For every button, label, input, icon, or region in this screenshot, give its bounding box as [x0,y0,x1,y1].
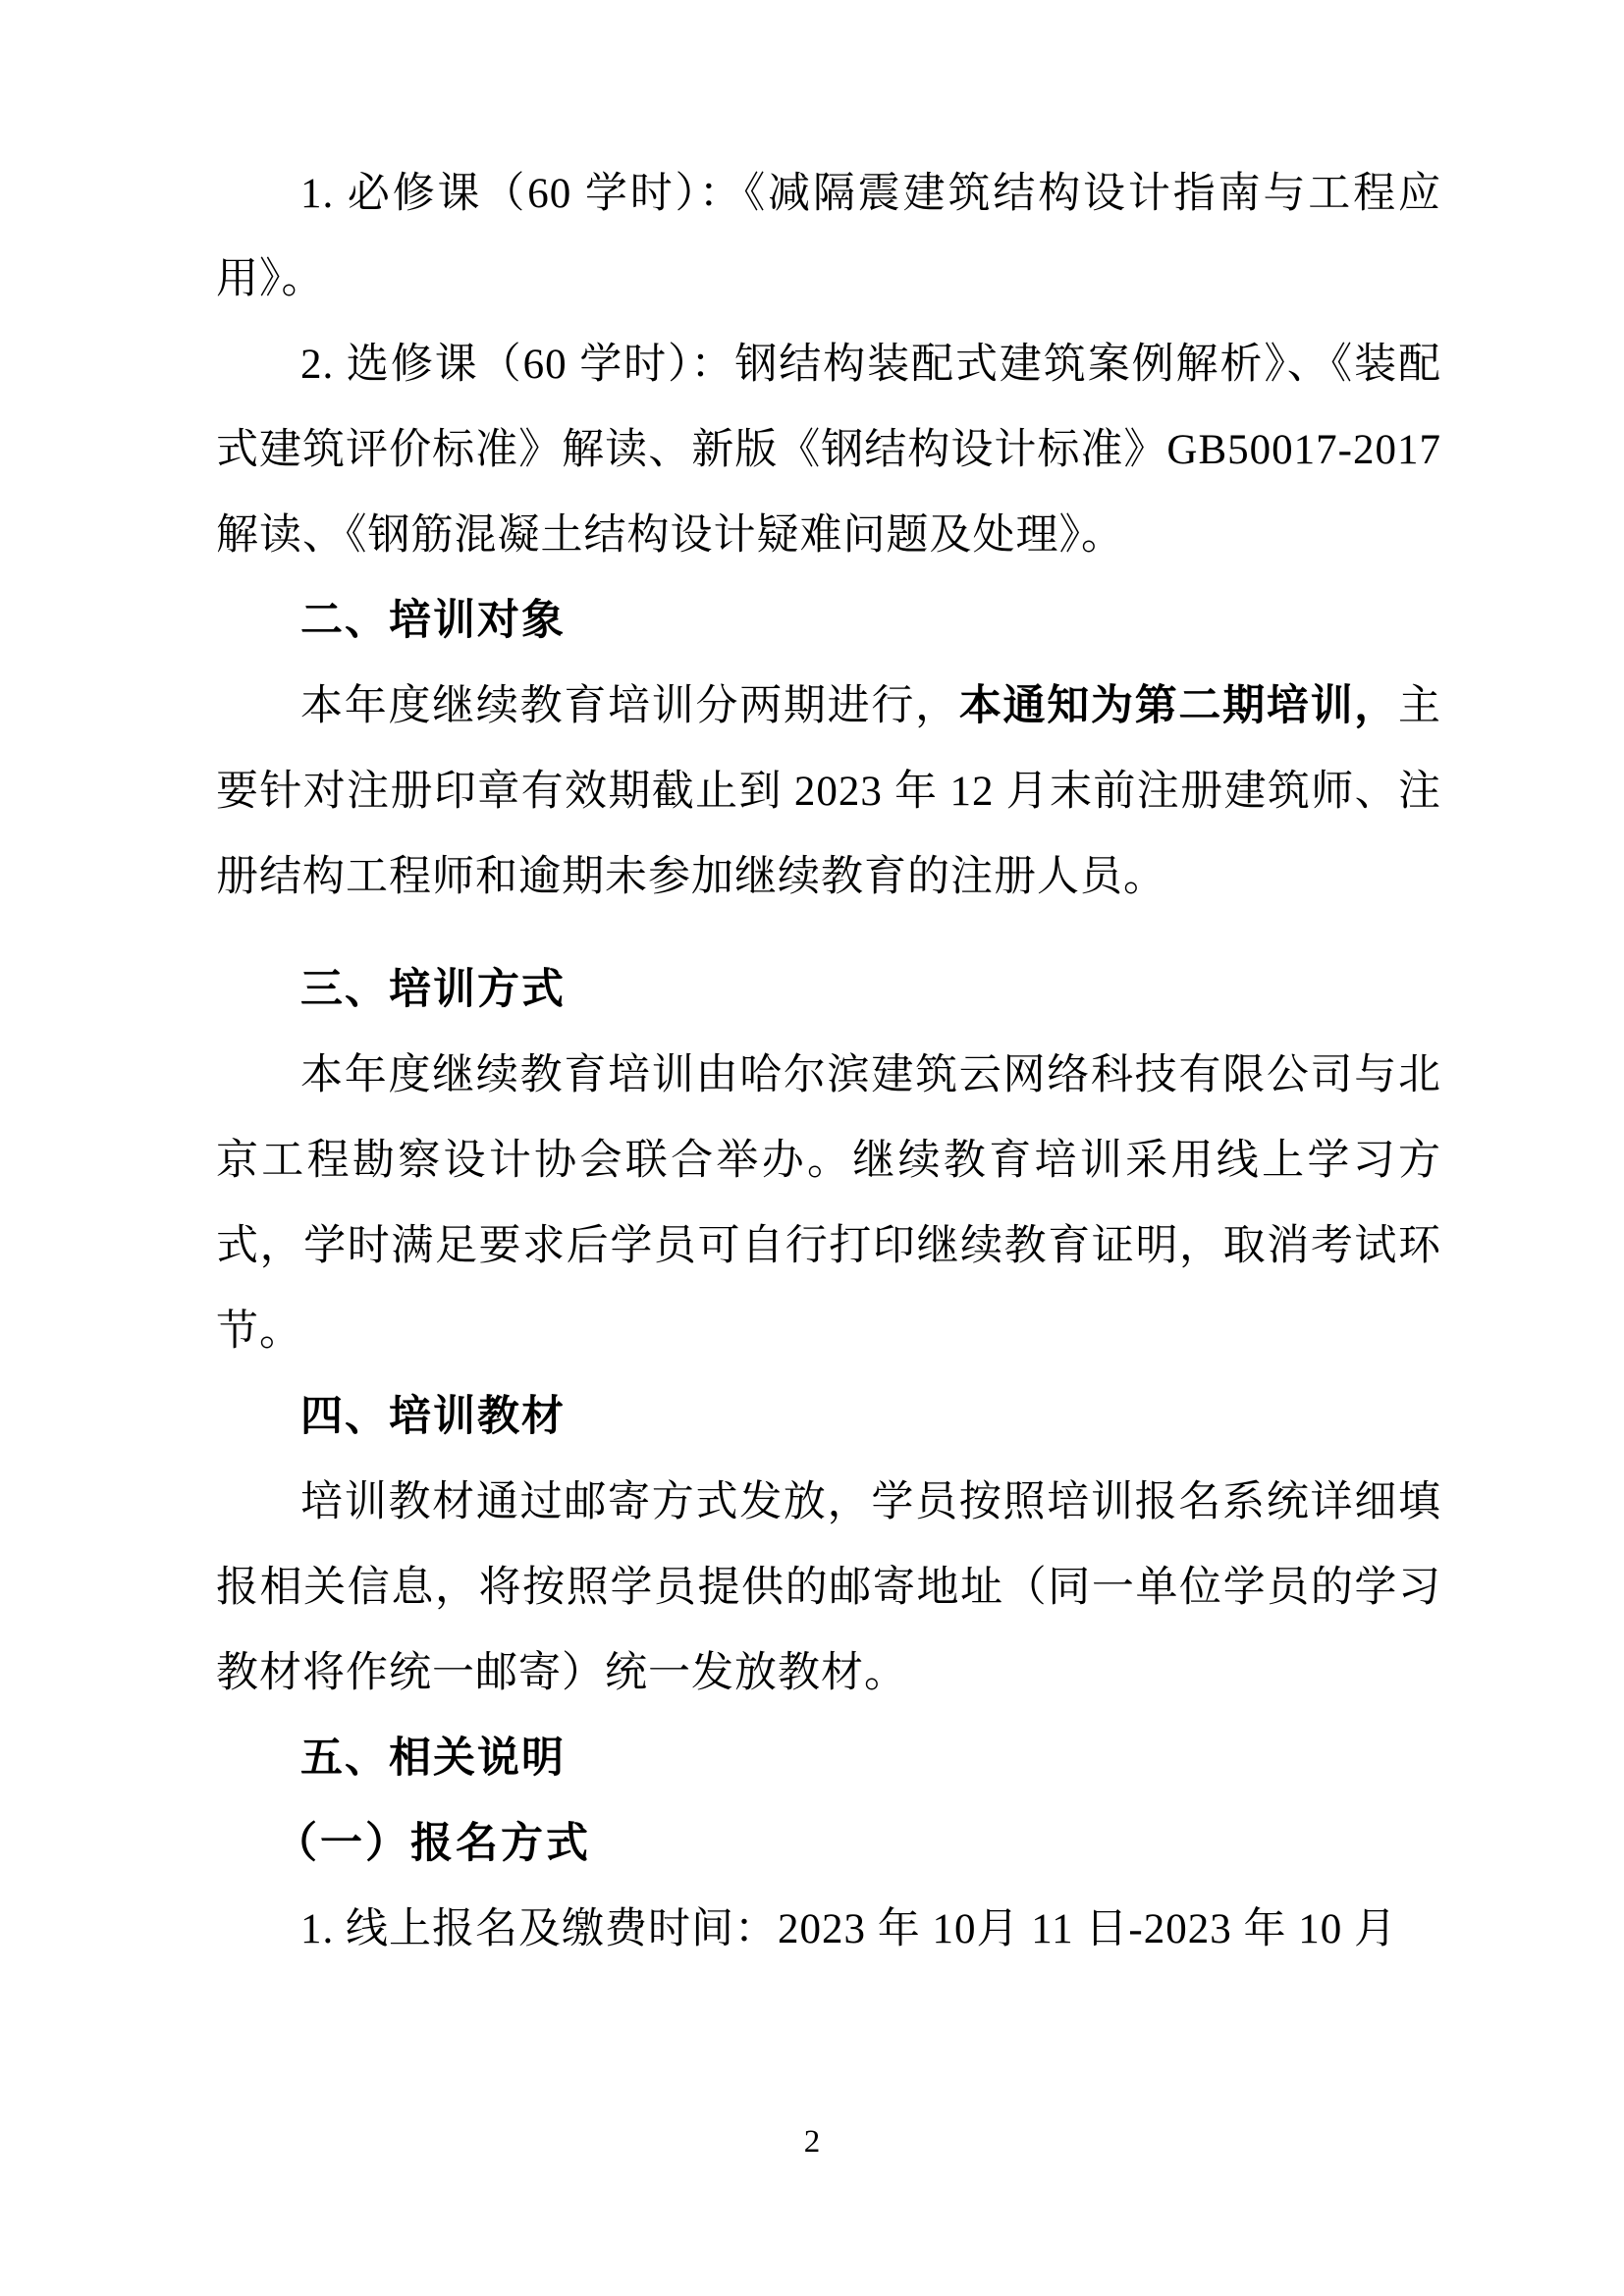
paragraph-required-course: 1. 必修课（60 学时）：《减隔震建筑结构设计指南与工程应用》。 [216,151,1441,322]
heading-training-materials: 四、培训教材 [216,1374,1441,1460]
document-body: 1. 必修课（60 学时）：《减隔震建筑结构设计指南与工程应用》。 2. 选修课… [216,151,1441,1972]
subheading-registration-method: （一）报名方式 [216,1801,1441,1887]
document-page: 1. 必修课（60 学时）：《减隔震建筑结构设计指南与工程应用》。 2. 选修课… [0,0,1624,2296]
paragraph-training-method: 本年度继续教育培训由哈尔滨建筑云网络科技有限公司与北京工程勘察设计协会联合举办。… [216,1033,1441,1374]
heading-training-method: 三、培训方式 [216,947,1441,1033]
paragraph-elective-course: 2. 选修课（60 学时）：钢结构装配式建筑案例解析》、《装配式建筑评价标准》解… [216,322,1441,578]
trainees-text-emphasis: 本通知为第二期培训， [959,683,1398,729]
paragraph-trainees: 本年度继续教育培训分两期进行，本通知为第二期培训，主要针对注册印章有效期截止到 … [216,664,1441,920]
heading-training-trainees: 二、培训对象 [216,578,1441,664]
paragraph-registration-time: 1. 线上报名及缴费时间：2023 年 10月 11 日-2023 年 10 月 [216,1887,1441,1972]
trainees-text-lead: 本年度继续教育培训分两期进行， [300,683,959,729]
paragraph-training-materials: 培训教材通过邮寄方式发放，学员按照培训报名系统详细填报相关信息，将按照学员提供的… [216,1460,1441,1716]
heading-related-notes: 五、相关说明 [216,1716,1441,1801]
page-number: 2 [0,2118,1624,2165]
